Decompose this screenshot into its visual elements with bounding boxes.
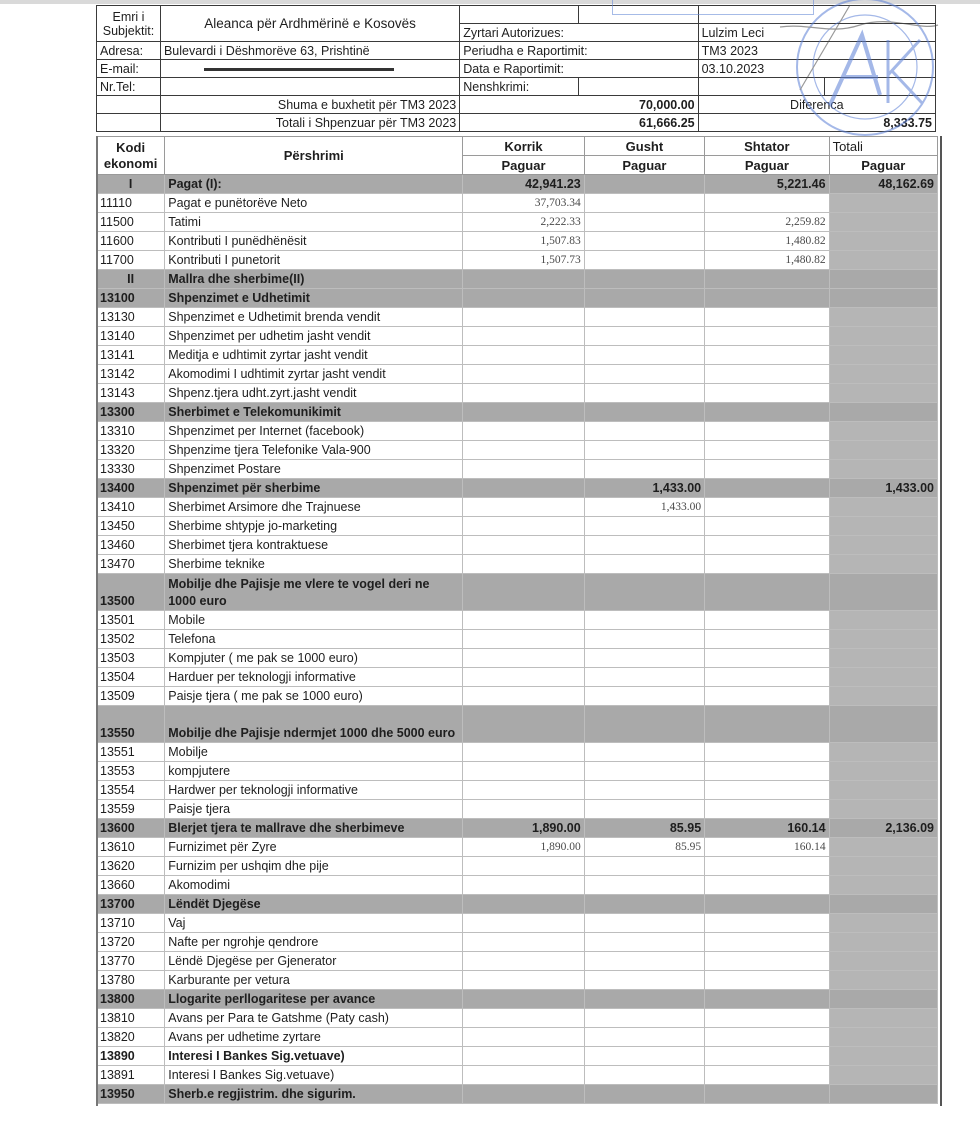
- row-gusht-amount: [584, 232, 704, 251]
- row-description: Mobilje dhe Pajisje ndermjet 1000 dhe 50…: [165, 706, 463, 743]
- row-shtator-amount: [705, 403, 829, 422]
- row-description: Mallra dhe sherbime(II): [165, 270, 463, 289]
- row-description: Shpenzimet për sherbime: [165, 479, 463, 498]
- row-gusht-amount: [584, 194, 704, 213]
- row-shtator-amount: [705, 1085, 829, 1104]
- row-code: 13710: [97, 914, 165, 933]
- top-edge: [0, 0, 980, 4]
- row-gusht-amount: [584, 668, 704, 687]
- row-code: 13140: [97, 327, 165, 346]
- table-row: 13720Nafte per ngrohje qendrore: [97, 933, 938, 952]
- row-gusht-amount: [584, 971, 704, 990]
- row-korrik-amount: [463, 781, 584, 800]
- row-korrik-amount: 1,507.73: [463, 251, 584, 270]
- row-description: Sherbimet e Telekomunikimit: [165, 403, 463, 422]
- table-row: 13710Vaj: [97, 914, 938, 933]
- row-shtator-amount: [705, 1047, 829, 1066]
- row-shtator-amount: 1,480.82: [705, 232, 829, 251]
- row-description: Shpenzimet Postare: [165, 460, 463, 479]
- row-gusht-amount: [584, 876, 704, 895]
- row-total-amount: [829, 933, 937, 952]
- row-korrik-amount: [463, 687, 584, 706]
- row-total-amount: [829, 838, 937, 857]
- row-shtator-amount: [705, 194, 829, 213]
- table-row: 11110Pagat e punëtorëve Neto37,703.34: [97, 194, 938, 213]
- row-code: 13550: [97, 706, 165, 743]
- row-korrik-amount: [463, 384, 584, 403]
- row-total-amount: [829, 536, 937, 555]
- row-korrik-amount: 1,890.00: [463, 819, 584, 838]
- row-total-amount: [829, 555, 937, 574]
- row-korrik-amount: [463, 933, 584, 952]
- row-description: Akomodimi: [165, 876, 463, 895]
- table-row: 13504Harduer per teknologji informative: [97, 668, 938, 687]
- row-gusht-amount: [584, 327, 704, 346]
- row-korrik-amount: [463, 498, 584, 517]
- row-description: Paisje tjera ( me pak se 1000 euro): [165, 687, 463, 706]
- row-code: 13300: [97, 403, 165, 422]
- row-total-amount: [829, 384, 937, 403]
- row-description: Lëndët Djegëse: [165, 895, 463, 914]
- row-shtator-amount: [705, 743, 829, 762]
- row-description: Meditja e udhtimit zyrtar jasht vendit: [165, 346, 463, 365]
- row-gusht-amount: 85.95: [584, 838, 704, 857]
- row-korrik-amount: [463, 327, 584, 346]
- row-korrik-amount: [463, 536, 584, 555]
- col-header-description: Përshrimi: [165, 137, 463, 175]
- budget-label: Shuma e buxhetit për TM3 2023: [160, 96, 459, 114]
- row-description: Interesi I Bankes Sig.vetuave): [165, 1066, 463, 1085]
- table-row: 13660Akomodimi: [97, 876, 938, 895]
- row-code: 13502: [97, 630, 165, 649]
- row-korrik-amount: [463, 1047, 584, 1066]
- row-total-amount: [829, 630, 937, 649]
- table-row: 13130Shpenzimet e Udhetimit brenda vendi…: [97, 308, 938, 327]
- row-korrik-amount: 1,507.83: [463, 232, 584, 251]
- row-gusht-amount: 1,433.00: [584, 498, 704, 517]
- col-header-korrik-paid: Paguar: [463, 156, 584, 175]
- row-description: Kontributi I punetorit: [165, 251, 463, 270]
- row-code: 13509: [97, 687, 165, 706]
- row-korrik-amount: [463, 914, 584, 933]
- row-total-amount: [829, 876, 937, 895]
- row-code: 11600: [97, 232, 165, 251]
- row-code: 13950: [97, 1085, 165, 1104]
- row-description: Tatimi: [165, 213, 463, 232]
- row-code: 13600: [97, 819, 165, 838]
- table-row: 13100Shpenzimet e Udhetimit: [97, 289, 938, 308]
- row-shtator-amount: [705, 574, 829, 611]
- row-description: Nafte per ngrohje qendrore: [165, 933, 463, 952]
- row-korrik-amount: [463, 555, 584, 574]
- signature-blank: [698, 78, 824, 96]
- row-total-amount: [829, 800, 937, 819]
- row-code: 13330: [97, 460, 165, 479]
- row-shtator-amount: [705, 800, 829, 819]
- row-description: Kontributi I punëdhënësit: [165, 232, 463, 251]
- table-row: 13780Karburante per vetura: [97, 971, 938, 990]
- row-gusht-amount: [584, 1085, 704, 1104]
- table-row: 13460Sherbimet tjera kontraktuese: [97, 536, 938, 555]
- row-code: 13503: [97, 649, 165, 668]
- row-code: 13720: [97, 933, 165, 952]
- row-description: Shpenzimet per Internet (facebook): [165, 422, 463, 441]
- col-header-gusht-paid: Paguar: [584, 156, 704, 175]
- row-korrik-amount: 37,703.34: [463, 194, 584, 213]
- row-code: 13130: [97, 308, 165, 327]
- row-code: 13891: [97, 1066, 165, 1085]
- row-code: II: [97, 270, 165, 289]
- row-korrik-amount: [463, 743, 584, 762]
- row-shtator-amount: [705, 555, 829, 574]
- row-shtator-amount: [705, 933, 829, 952]
- row-description: Avans per Para te Gatshme (Paty cash): [165, 1009, 463, 1028]
- row-total-amount: 2,136.09: [829, 819, 937, 838]
- row-shtator-amount: [705, 971, 829, 990]
- row-korrik-amount: [463, 857, 584, 876]
- row-shtator-amount: 1,480.82: [705, 251, 829, 270]
- row-code: 13610: [97, 838, 165, 857]
- row-gusht-amount: [584, 175, 704, 194]
- row-total-amount: [829, 971, 937, 990]
- row-description: Blerjet tjera te mallrave dhe sherbimeve: [165, 819, 463, 838]
- table-row: 13891Interesi I Bankes Sig.vetuave): [97, 1066, 938, 1085]
- table-row: 13450Sherbime shtypje jo-marketing: [97, 517, 938, 536]
- row-shtator-amount: 160.14: [705, 838, 829, 857]
- row-shtator-amount: [705, 762, 829, 781]
- row-korrik-amount: [463, 762, 584, 781]
- row-total-amount: [829, 1047, 937, 1066]
- row-korrik-amount: [463, 895, 584, 914]
- row-total-amount: 1,433.00: [829, 479, 937, 498]
- table-row: 13140Shpenzimet per udhetim jasht vendit: [97, 327, 938, 346]
- expense-report-page: Emri i Subjektit: Aleanca për Ardhmërinë…: [0, 0, 980, 1139]
- table-row: 13620Furnizim per ushqim dhe pije: [97, 857, 938, 876]
- row-total-amount: [829, 857, 937, 876]
- row-gusht-amount: [584, 422, 704, 441]
- row-code: 13400: [97, 479, 165, 498]
- difference-label: Diferenca: [698, 96, 935, 114]
- row-code: 13142: [97, 365, 165, 384]
- row-description: Shpenzimet e Udhetimit brenda vendit: [165, 308, 463, 327]
- table-row: 13320Shpenzime tjera Telefonike Vala-900: [97, 441, 938, 460]
- row-shtator-amount: [705, 1009, 829, 1028]
- report-header: Emri i Subjektit: Aleanca për Ardhmërinë…: [96, 5, 936, 132]
- table-row: 13559Paisje tjera: [97, 800, 938, 819]
- row-total-amount: [829, 687, 937, 706]
- row-total-amount: [829, 1066, 937, 1085]
- reporting-date-label: Data e Raportimit:: [460, 60, 698, 78]
- row-gusht-amount: 1,433.00: [584, 479, 704, 498]
- entity-label: Emri i Subjektit:: [97, 6, 161, 42]
- row-korrik-amount: [463, 800, 584, 819]
- table-row: 11700Kontributi I punetorit1,507.731,480…: [97, 251, 938, 270]
- table-row: 13500Mobilje dhe Pajisje me vlere te vog…: [97, 574, 938, 611]
- table-row: 13410Sherbimet Arsimore dhe Trajnuese1,4…: [97, 498, 938, 517]
- row-code: 13810: [97, 1009, 165, 1028]
- row-total-amount: [829, 194, 937, 213]
- row-gusht-amount: [584, 706, 704, 743]
- row-korrik-amount: [463, 952, 584, 971]
- col-header-totali-paid: Paguar: [829, 156, 937, 175]
- row-total-amount: [829, 289, 937, 308]
- table-row: 13890Interesi I Bankes Sig.vetuave): [97, 1047, 938, 1066]
- row-korrik-amount: [463, 630, 584, 649]
- table-row: 13310Shpenzimet per Internet (facebook): [97, 422, 938, 441]
- row-description: Hardwer per teknologji informative: [165, 781, 463, 800]
- row-total-amount: [829, 895, 937, 914]
- row-shtator-amount: [705, 687, 829, 706]
- row-code: 13100: [97, 289, 165, 308]
- row-description: Interesi I Bankes Sig.vetuave): [165, 1047, 463, 1066]
- row-shtator-amount: [705, 270, 829, 289]
- row-gusht-amount: [584, 555, 704, 574]
- table-row: 13141Meditja e udhtimit zyrtar jasht ven…: [97, 346, 938, 365]
- row-shtator-amount: [705, 517, 829, 536]
- row-total-amount: [829, 611, 937, 630]
- row-gusht-amount: [584, 895, 704, 914]
- row-code: 13553: [97, 762, 165, 781]
- row-description: Mobile: [165, 611, 463, 630]
- row-korrik-amount: [463, 460, 584, 479]
- table-row: 13770Lëndë Djegëse per Gjenerator: [97, 952, 938, 971]
- row-shtator-amount: [705, 857, 829, 876]
- row-shtator-amount: [705, 914, 829, 933]
- row-shtator-amount: 5,221.46: [705, 175, 829, 194]
- difference-value: 8,333.75: [698, 114, 935, 132]
- row-shtator-amount: [705, 649, 829, 668]
- row-gusht-amount: [584, 687, 704, 706]
- row-code: 13410: [97, 498, 165, 517]
- row-total-amount: [829, 952, 937, 971]
- table-row: 13503Kompjuter ( me pak se 1000 euro): [97, 649, 938, 668]
- spent-value: 61,666.25: [460, 114, 698, 132]
- blank-cell: [97, 114, 161, 132]
- row-shtator-amount: [705, 289, 829, 308]
- blank-cell: [97, 96, 161, 114]
- budget-value: 70,000.00: [460, 96, 698, 114]
- row-total-amount: [829, 308, 937, 327]
- table-row: IPagat (I):42,941.235,221.4648,162.69: [97, 175, 938, 194]
- table-row: 13553kompjutere: [97, 762, 938, 781]
- row-korrik-amount: [463, 611, 584, 630]
- row-code: 13501: [97, 611, 165, 630]
- row-gusht-amount: [584, 441, 704, 460]
- row-total-amount: [829, 1028, 937, 1047]
- table-row: 13610Furnizimet për Zyre1,890.0085.95160…: [97, 838, 938, 857]
- row-korrik-amount: [463, 1028, 584, 1047]
- row-shtator-amount: [705, 384, 829, 403]
- row-total-amount: [829, 1085, 937, 1104]
- col-header-totali: Totali: [829, 137, 937, 156]
- row-gusht-amount: [584, 460, 704, 479]
- row-gusht-amount: [584, 270, 704, 289]
- row-gusht-amount: [584, 800, 704, 819]
- entity-name: Aleanca për Ardhmërinë e Kosovës: [160, 6, 459, 42]
- row-description: Shpenzimet e Udhetimit: [165, 289, 463, 308]
- row-gusht-amount: [584, 289, 704, 308]
- row-shtator-amount: [705, 781, 829, 800]
- column-header-row-1: Kodi ekonomi Përshrimi Korrik Gusht Shta…: [97, 137, 938, 156]
- email-label: E-mail:: [97, 60, 161, 78]
- authorized-official-label: Zyrtari Autorizues:: [460, 24, 698, 42]
- row-code: 13470: [97, 555, 165, 574]
- row-description: Vaj: [165, 914, 463, 933]
- row-korrik-amount: [463, 971, 584, 990]
- row-shtator-amount: [705, 441, 829, 460]
- row-description: Sherbimet Arsimore dhe Trajnuese: [165, 498, 463, 517]
- row-shtator-amount: [705, 422, 829, 441]
- row-gusht-amount: [584, 781, 704, 800]
- table-row: 13820Avans per udhetime zyrtare: [97, 1028, 938, 1047]
- row-code: 13141: [97, 346, 165, 365]
- col-header-code-line2: ekonomi: [104, 156, 157, 171]
- table-row: 13142Akomodimi I udhtimit zyrtar jasht v…: [97, 365, 938, 384]
- table-row: 11600Kontributi I punëdhënësit1,507.831,…: [97, 232, 938, 251]
- row-korrik-amount: [463, 441, 584, 460]
- row-total-amount: [829, 232, 937, 251]
- col-header-code-line1: Kodi: [116, 140, 145, 155]
- redaction-bar: [204, 68, 394, 71]
- row-total-amount: [829, 914, 937, 933]
- row-code: 13551: [97, 743, 165, 762]
- address-value: Bulevardi i Dëshmorëve 63, Prishtinë: [160, 42, 459, 60]
- row-korrik-amount: [463, 1009, 584, 1028]
- phone-value: [160, 78, 459, 96]
- row-korrik-amount: 1,890.00: [463, 838, 584, 857]
- row-total-amount: [829, 706, 937, 743]
- table-row: 13950Sherb.e regjistrim. dhe sigurim.: [97, 1085, 938, 1104]
- row-code: 13660: [97, 876, 165, 895]
- row-total-amount: [829, 270, 937, 289]
- row-korrik-amount: [463, 517, 584, 536]
- table-row: 13600Blerjet tjera te mallrave dhe sherb…: [97, 819, 938, 838]
- row-korrik-amount: 42,941.23: [463, 175, 584, 194]
- signature-blank-2: [824, 78, 936, 96]
- phone-label: Nr.Tel:: [97, 78, 161, 96]
- row-total-amount: [829, 346, 937, 365]
- row-total-amount: [829, 327, 937, 346]
- row-gusht-amount: [584, 213, 704, 232]
- row-gusht-amount: [584, 346, 704, 365]
- header-blank-cell: [460, 6, 579, 24]
- row-code: 13310: [97, 422, 165, 441]
- row-shtator-amount: [705, 630, 829, 649]
- row-gusht-amount: [584, 990, 704, 1009]
- row-code: 13620: [97, 857, 165, 876]
- row-code: 11500: [97, 213, 165, 232]
- row-shtator-amount: [705, 1066, 829, 1085]
- table-row: 13554Hardwer per teknologji informative: [97, 781, 938, 800]
- col-header-code: Kodi ekonomi: [97, 137, 165, 175]
- col-header-shtator: Shtator: [705, 137, 829, 156]
- row-korrik-amount: [463, 346, 584, 365]
- row-gusht-amount: [584, 914, 704, 933]
- table-row: 11500Tatimi2,222.332,259.82: [97, 213, 938, 232]
- row-total-amount: [829, 574, 937, 611]
- row-code: 13143: [97, 384, 165, 403]
- row-gusht-amount: [584, 536, 704, 555]
- row-description: Lëndë Djegëse per Gjenerator: [165, 952, 463, 971]
- row-gusht-amount: [584, 403, 704, 422]
- header-blank-cell: [578, 6, 698, 24]
- row-description: Shpenz.tjera udht.zyrt.jasht vendit: [165, 384, 463, 403]
- row-code: 13559: [97, 800, 165, 819]
- row-description: Akomodimi I udhtimit zyrtar jasht vendit: [165, 365, 463, 384]
- row-gusht-amount: [584, 630, 704, 649]
- row-shtator-amount: [705, 327, 829, 346]
- row-gusht-amount: [584, 743, 704, 762]
- row-total-amount: [829, 668, 937, 687]
- row-total-amount: 48,162.69: [829, 175, 937, 194]
- reporting-period-value: TM3 2023: [698, 42, 935, 60]
- row-code: 13820: [97, 1028, 165, 1047]
- row-korrik-amount: [463, 876, 584, 895]
- table-row: 13502Telefona: [97, 630, 938, 649]
- row-code: 13890: [97, 1047, 165, 1066]
- row-gusht-amount: [584, 365, 704, 384]
- reporting-period-label: Periudha e Raportimit:: [460, 42, 698, 60]
- row-code: 13554: [97, 781, 165, 800]
- row-code: 13504: [97, 668, 165, 687]
- table-row: 13501Mobile: [97, 611, 938, 630]
- row-korrik-amount: 2,222.33: [463, 213, 584, 232]
- row-shtator-amount: [705, 611, 829, 630]
- row-description: Mobilje: [165, 743, 463, 762]
- row-description: Sherbime teknike: [165, 555, 463, 574]
- row-shtator-amount: [705, 668, 829, 687]
- row-korrik-amount: [463, 574, 584, 611]
- row-shtator-amount: [705, 952, 829, 971]
- spent-label: Totali i Shpenzuar për TM3 2023: [160, 114, 459, 132]
- row-total-amount: [829, 649, 937, 668]
- row-total-amount: [829, 441, 937, 460]
- email-value: [160, 60, 459, 78]
- reporting-date-value: 03.10.2023: [698, 60, 935, 78]
- row-shtator-amount: [705, 536, 829, 555]
- row-gusht-amount: [584, 1009, 704, 1028]
- row-description: kompjutere: [165, 762, 463, 781]
- row-shtator-amount: [705, 308, 829, 327]
- row-code: 11110: [97, 194, 165, 213]
- row-shtator-amount: 160.14: [705, 819, 829, 838]
- row-korrik-amount: [463, 706, 584, 743]
- row-shtator-amount: [705, 876, 829, 895]
- row-total-amount: [829, 213, 937, 232]
- row-total-amount: [829, 990, 937, 1009]
- authorized-official-value: Lulzim Leci: [698, 24, 935, 42]
- row-gusht-amount: [584, 517, 704, 536]
- row-gusht-amount: [584, 952, 704, 971]
- row-gusht-amount: [584, 1047, 704, 1066]
- row-code: I: [97, 175, 165, 194]
- row-gusht-amount: [584, 857, 704, 876]
- table-row: 13509Paisje tjera ( me pak se 1000 euro): [97, 687, 938, 706]
- row-total-amount: [829, 365, 937, 384]
- row-total-amount: [829, 762, 937, 781]
- row-gusht-amount: [584, 574, 704, 611]
- table-row: 13800Llogarite perllogaritese per avance: [97, 990, 938, 1009]
- row-code: 13500: [97, 574, 165, 611]
- row-gusht-amount: [584, 762, 704, 781]
- row-total-amount: [829, 743, 937, 762]
- row-gusht-amount: 85.95: [584, 819, 704, 838]
- row-shtator-amount: [705, 706, 829, 743]
- row-code: 13320: [97, 441, 165, 460]
- row-description: Llogarite perllogaritese per avance: [165, 990, 463, 1009]
- row-code: 11700: [97, 251, 165, 270]
- row-description: Mobilje dhe Pajisje me vlere te vogel de…: [165, 574, 463, 611]
